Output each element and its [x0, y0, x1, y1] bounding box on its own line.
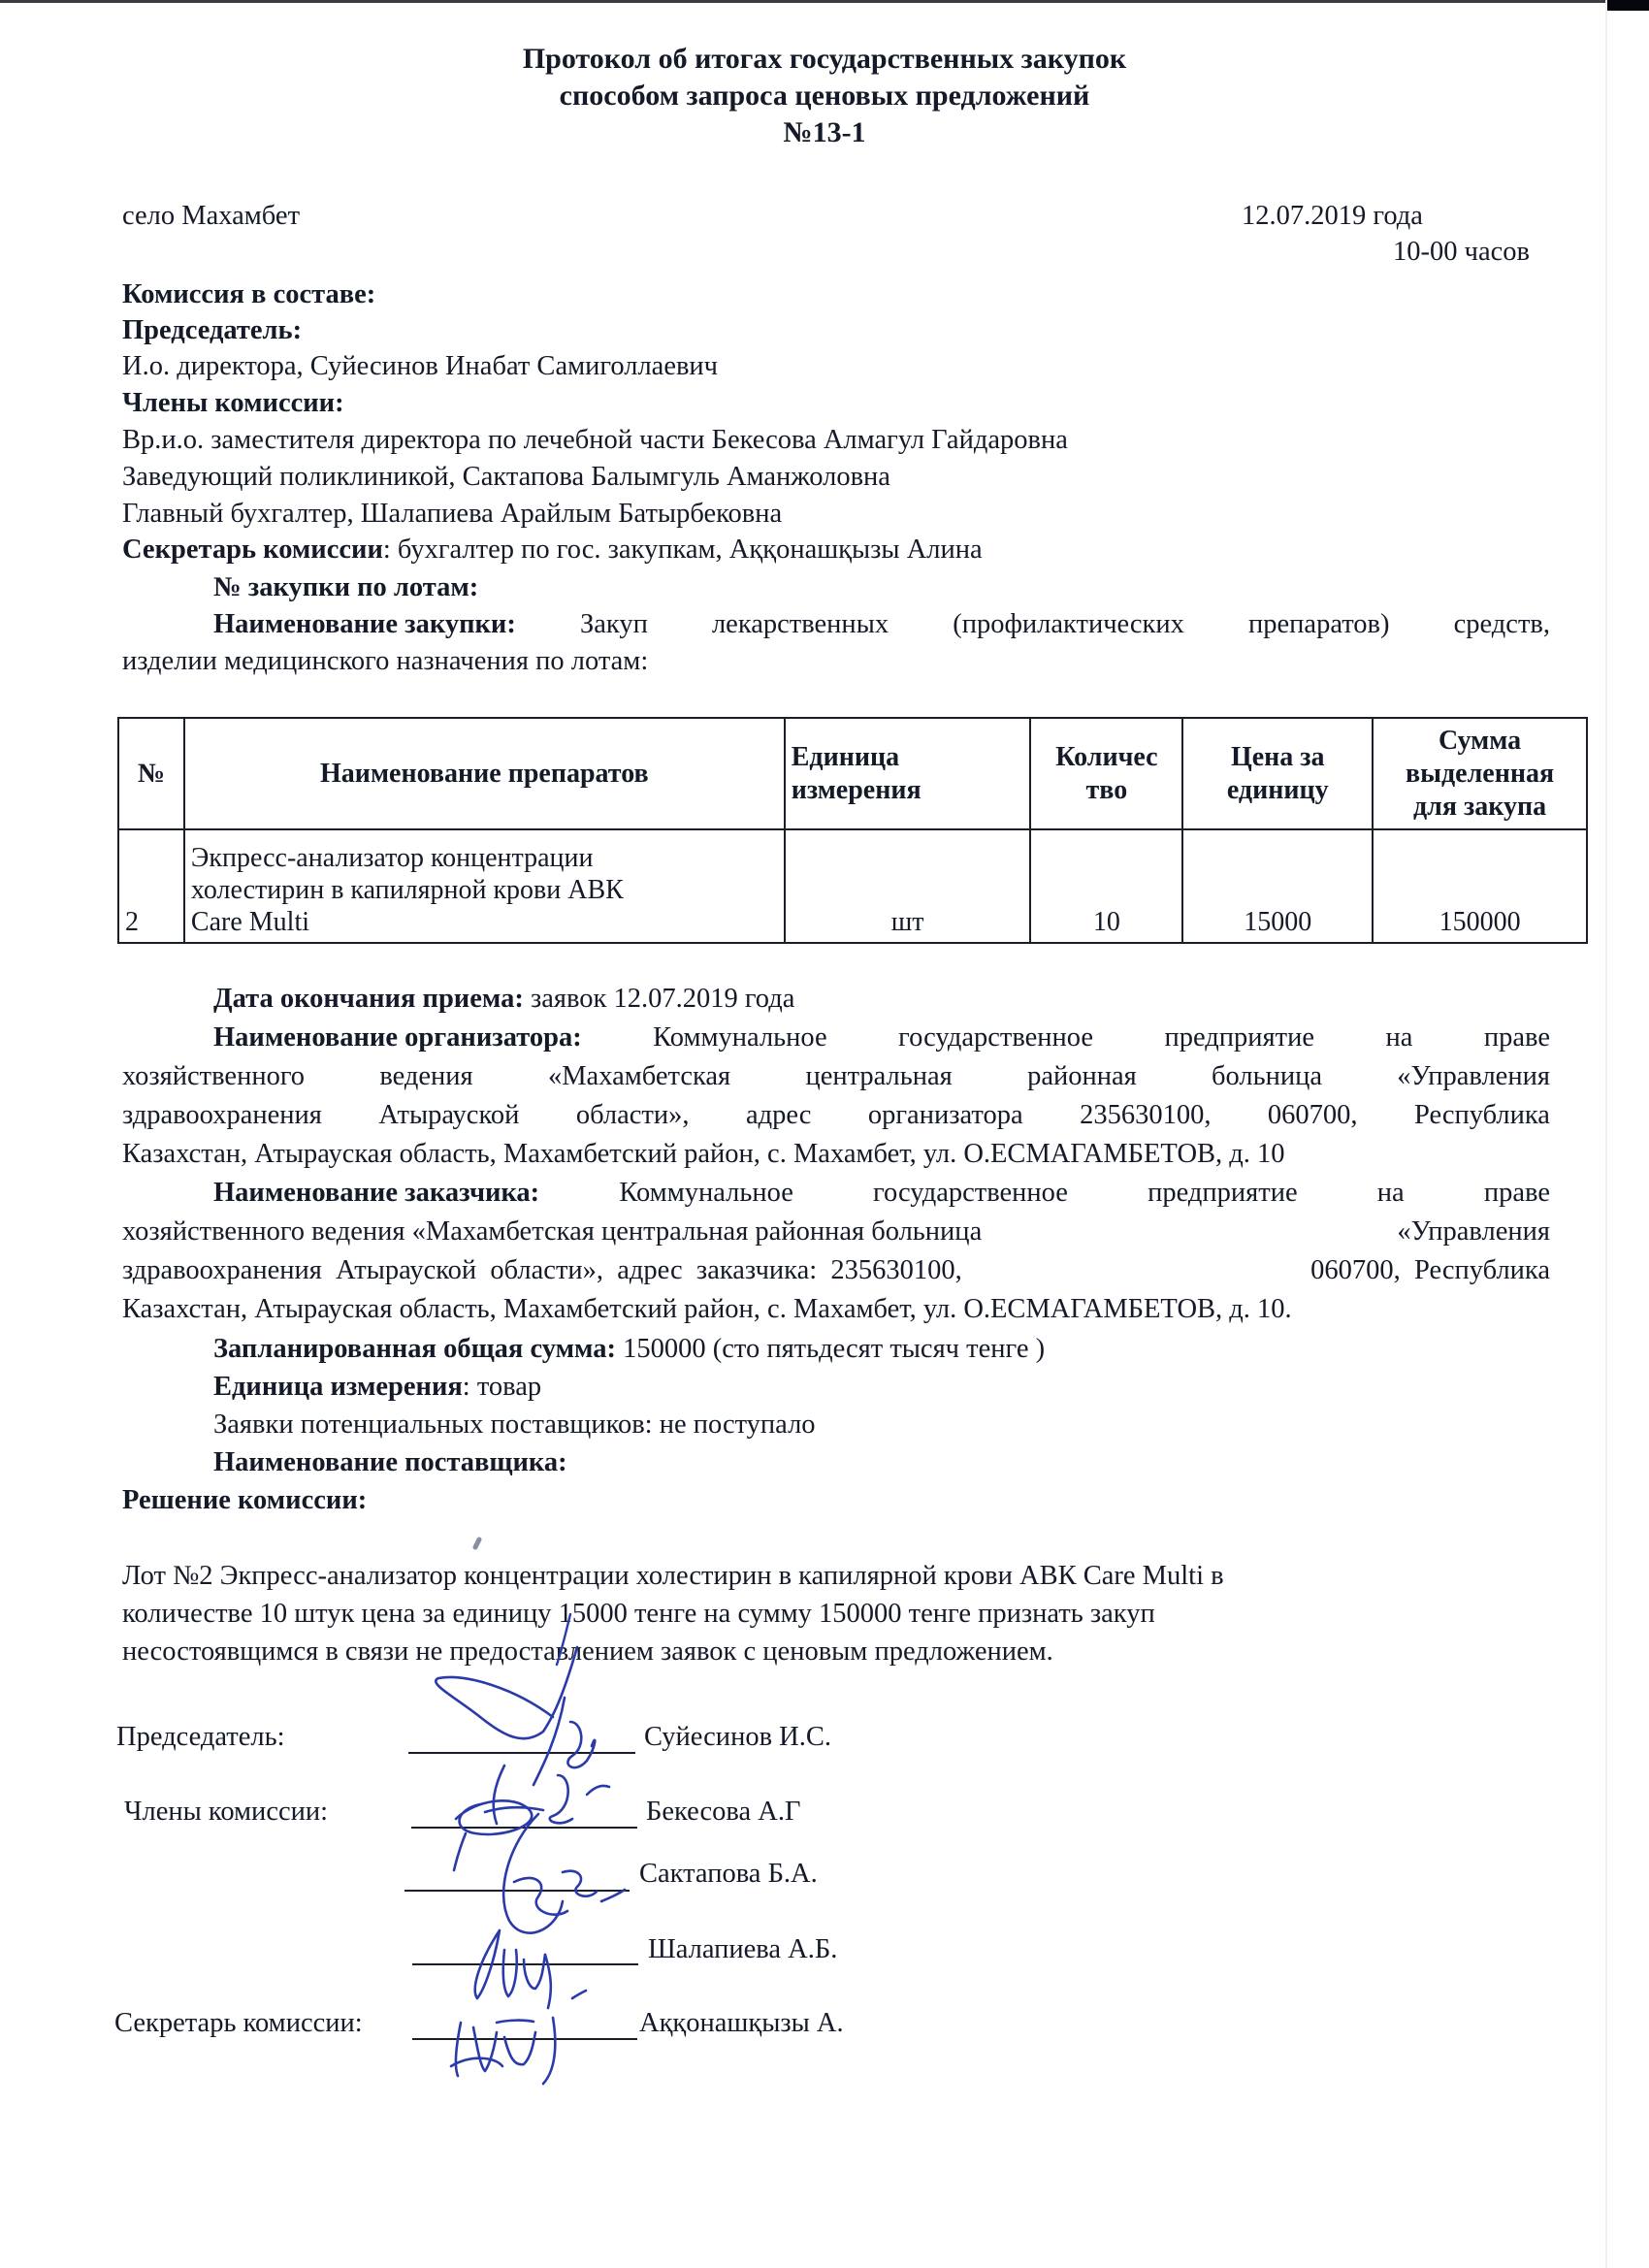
col-header-name: Наименование препаратов — [184, 718, 785, 829]
ink-mark-icon — [466, 1518, 504, 1557]
word: здравоохранения — [122, 1102, 322, 1130]
lots-table: № Наименование препаратов Единицаизмерен… — [117, 717, 1588, 944]
document-number: №13-1 — [0, 118, 1649, 147]
planned-sum-line: Запланированная общая сумма: 150000 (сто… — [213, 1336, 1045, 1364]
header-line: Количес — [1055, 742, 1157, 772]
scan-page-edge — [1605, 0, 1607, 2268]
signature-role-secretary: Секретарь комиссии: — [114, 2010, 363, 2038]
handwritten-signatures-icon — [388, 1639, 679, 2086]
name-line: Care Multi — [191, 907, 309, 937]
word: предприятие — [1148, 1180, 1298, 1208]
word: препаратов) — [1248, 611, 1390, 639]
header-line: выделенная — [1406, 759, 1554, 789]
signature-line — [408, 1752, 635, 1754]
word: Закуп — [580, 611, 648, 639]
procurement-name-label: Наименование закупки: — [213, 611, 516, 639]
signature-name-member-1: Бекесова А.Г — [646, 1798, 800, 1827]
decision-line-1: Лот №2 Экпресс-анализатор концентрации х… — [122, 1563, 1224, 1591]
word: государственное — [873, 1180, 1068, 1208]
planned-sum-label: Запланированная общая сумма: — [213, 1334, 616, 1364]
word: Коммунальное — [619, 1180, 793, 1208]
customer-line-1: Наименование заказчика: Коммунальное гос… — [213, 1180, 1550, 1208]
word: на — [1386, 1024, 1413, 1053]
word: праве — [1484, 1180, 1550, 1208]
name-line: холестирин в капилярной крови АВК — [191, 875, 624, 905]
col-header-number: № — [118, 718, 184, 829]
lots-label: № закупки по лотам: — [213, 574, 478, 602]
decision-line-3: несостоявщимся в связи не предоставление… — [122, 1638, 1053, 1667]
table-header-row: № Наименование препаратов Единицаизмерен… — [118, 718, 1587, 829]
word: ведения — [379, 1063, 472, 1091]
word: Атырауской — [378, 1102, 519, 1130]
procurement-name-line-2: изделии медицинского назначения по лотам… — [122, 648, 648, 676]
word: «Махамбетская — [548, 1063, 730, 1091]
word: средств, — [1454, 611, 1550, 639]
members-label: Члены комиссии: — [122, 390, 344, 418]
scan-edge-top — [0, 0, 1607, 3]
time: 10-00 часов — [1393, 239, 1530, 267]
cell-name: Экпресс-анализатор концентрациихолестири… — [184, 829, 785, 943]
signature-name-member-3: Шалапиева А.Б. — [648, 1936, 837, 1964]
customer-line-4: Казахстан, Атырауская область, Махамбетс… — [122, 1296, 1292, 1324]
col-header-price: Цена заединицу — [1182, 718, 1373, 829]
signature-line — [412, 2038, 637, 2040]
word: 060700, — [1268, 1102, 1358, 1130]
header-line: для закупа — [1413, 792, 1546, 822]
cell-unit: шт — [785, 829, 1031, 943]
text-segment: здравоохранения Атырауской области», адр… — [122, 1257, 962, 1285]
secretary: : бухгалтер по гос. закупкам, Аққонашқыз… — [383, 535, 983, 565]
word: районная — [1027, 1063, 1137, 1091]
cell-number: 2 — [118, 829, 184, 943]
chairman-label: Председатель: — [122, 317, 302, 345]
deadline-value: заявок 12.07.2019 года — [524, 984, 795, 1014]
word: на — [1377, 1180, 1405, 1208]
cell-qty: 10 — [1030, 829, 1182, 943]
word: адрес — [746, 1102, 811, 1130]
word: Коммунальное — [653, 1024, 827, 1053]
organizer-line-3: здравоохранения Атырауской области», адр… — [122, 1102, 1550, 1130]
word: больница — [1212, 1063, 1322, 1091]
header-line: тво — [1086, 775, 1128, 805]
signature-line — [404, 1890, 630, 1892]
cell-price: 15000 — [1182, 829, 1373, 943]
unit-line: Единица измерения: товар — [213, 1374, 541, 1402]
cell-sum: 150000 — [1373, 829, 1587, 943]
decision-label: Решение комиссии: — [122, 1487, 367, 1515]
text-segment: «Управления — [1397, 1218, 1550, 1247]
document-title-line-1: Протокол об итогах государственных закуп… — [0, 45, 1649, 74]
supplier-label: Наименование поставщика: — [213, 1449, 567, 1477]
word: (профилактических — [953, 611, 1184, 639]
word: лекарственных — [712, 611, 889, 639]
word: 235630100, — [1080, 1102, 1211, 1130]
table-row: 2 Экпресс-анализатор концентрациихолести… — [118, 829, 1587, 943]
member-1: Вр.и.о. заместителя директора по лечебно… — [122, 427, 1068, 455]
unit-value: : товар — [463, 1372, 541, 1402]
deadline-label: Дата окончания приема: — [213, 984, 524, 1014]
col-header-sum: Суммавыделеннаядля закупа — [1373, 718, 1587, 829]
header-line: Сумма — [1439, 726, 1521, 756]
planned-sum-value: 150000 (сто пятьдесят тысяч тенге ) — [616, 1334, 1045, 1364]
decision-line-2: количестве 10 штук цена за единицу 15000… — [122, 1601, 1155, 1629]
header-line: единицу — [1227, 775, 1329, 805]
text-segment: 060700, Республика — [1310, 1257, 1550, 1285]
name-line: Экпресс-анализатор концентрации — [191, 843, 594, 873]
member-3: Главный бухгалтер, Шалапиева Арайлым Бат… — [122, 501, 782, 529]
commission-heading: Комиссия в составе: — [122, 281, 375, 309]
signature-line — [411, 1827, 637, 1829]
procurement-name-line-1: Наименование закупки: Закуп лекарственны… — [213, 611, 1550, 639]
header-line: измерения — [792, 775, 921, 805]
word: праве — [1484, 1024, 1550, 1053]
col-header-unit: Единицаизмерения — [785, 718, 1031, 829]
word: Республика — [1414, 1102, 1550, 1130]
signature-name-chairman: Суйесинов И.С. — [644, 1724, 831, 1752]
signature-role-members: Члены комиссии: — [124, 1798, 328, 1827]
date: 12.07.2019 года — [1242, 203, 1423, 231]
organizer-line-2: хозяйственного ведения «Махамбетская цен… — [122, 1063, 1550, 1091]
customer-line-2: хозяйственного ведения «Махамбетская цен… — [122, 1218, 1550, 1247]
header-line: Цена за — [1231, 742, 1325, 772]
organizer-line-1: Наименование организатора: Коммунальное … — [213, 1024, 1550, 1053]
organizer-label: Наименование организатора: — [213, 1024, 582, 1053]
header-line: Единица — [792, 742, 899, 772]
signature-line — [412, 1963, 638, 1965]
word: государственное — [898, 1024, 1093, 1053]
organizer-line-4: Казахстан, Атырауская область, Махамбетс… — [122, 1141, 1285, 1169]
text-segment: хозяйственного ведения «Махамбетская цен… — [122, 1218, 982, 1247]
customer-label: Наименование заказчика: — [213, 1180, 539, 1208]
applications-line: Заявки потенциальных поставщиков: не пос… — [213, 1411, 816, 1440]
word: предприятие — [1165, 1024, 1315, 1053]
customer-line-3: здравоохранения Атырауской области», адр… — [122, 1257, 1550, 1285]
word: «Управления — [1397, 1063, 1550, 1091]
document-title-line-2: способом запроса ценовых предложений — [0, 81, 1649, 111]
word: области», — [576, 1102, 690, 1130]
word: хозяйственного — [122, 1063, 305, 1091]
place: село Махамбет — [122, 203, 300, 231]
secretary-label: Секретарь комиссии — [122, 535, 383, 565]
signature-name-member-2: Сактапова Б.А. — [639, 1861, 818, 1889]
secretary-line: Секретарь комиссии: бухгалтер по гос. за… — [122, 536, 983, 565]
member-2: Заведующий поликлиникой, Сактапова Балым… — [122, 464, 890, 492]
deadline-line: Дата окончания приема: заявок 12.07.2019… — [213, 986, 794, 1014]
signature-name-secretary: Аққонашқызы А. — [639, 2010, 844, 2038]
chairman: И.о. директора, Суйесинов Инабат Самигол… — [122, 353, 718, 381]
word: организатора — [868, 1102, 1023, 1130]
unit-label: Единица измерения — [213, 1372, 463, 1402]
scan-corner-artifact — [1607, 0, 1649, 11]
signature-role-chairman: Председатель: — [116, 1724, 285, 1752]
word: центральная — [805, 1063, 952, 1091]
col-header-qty: Количество — [1030, 718, 1182, 829]
